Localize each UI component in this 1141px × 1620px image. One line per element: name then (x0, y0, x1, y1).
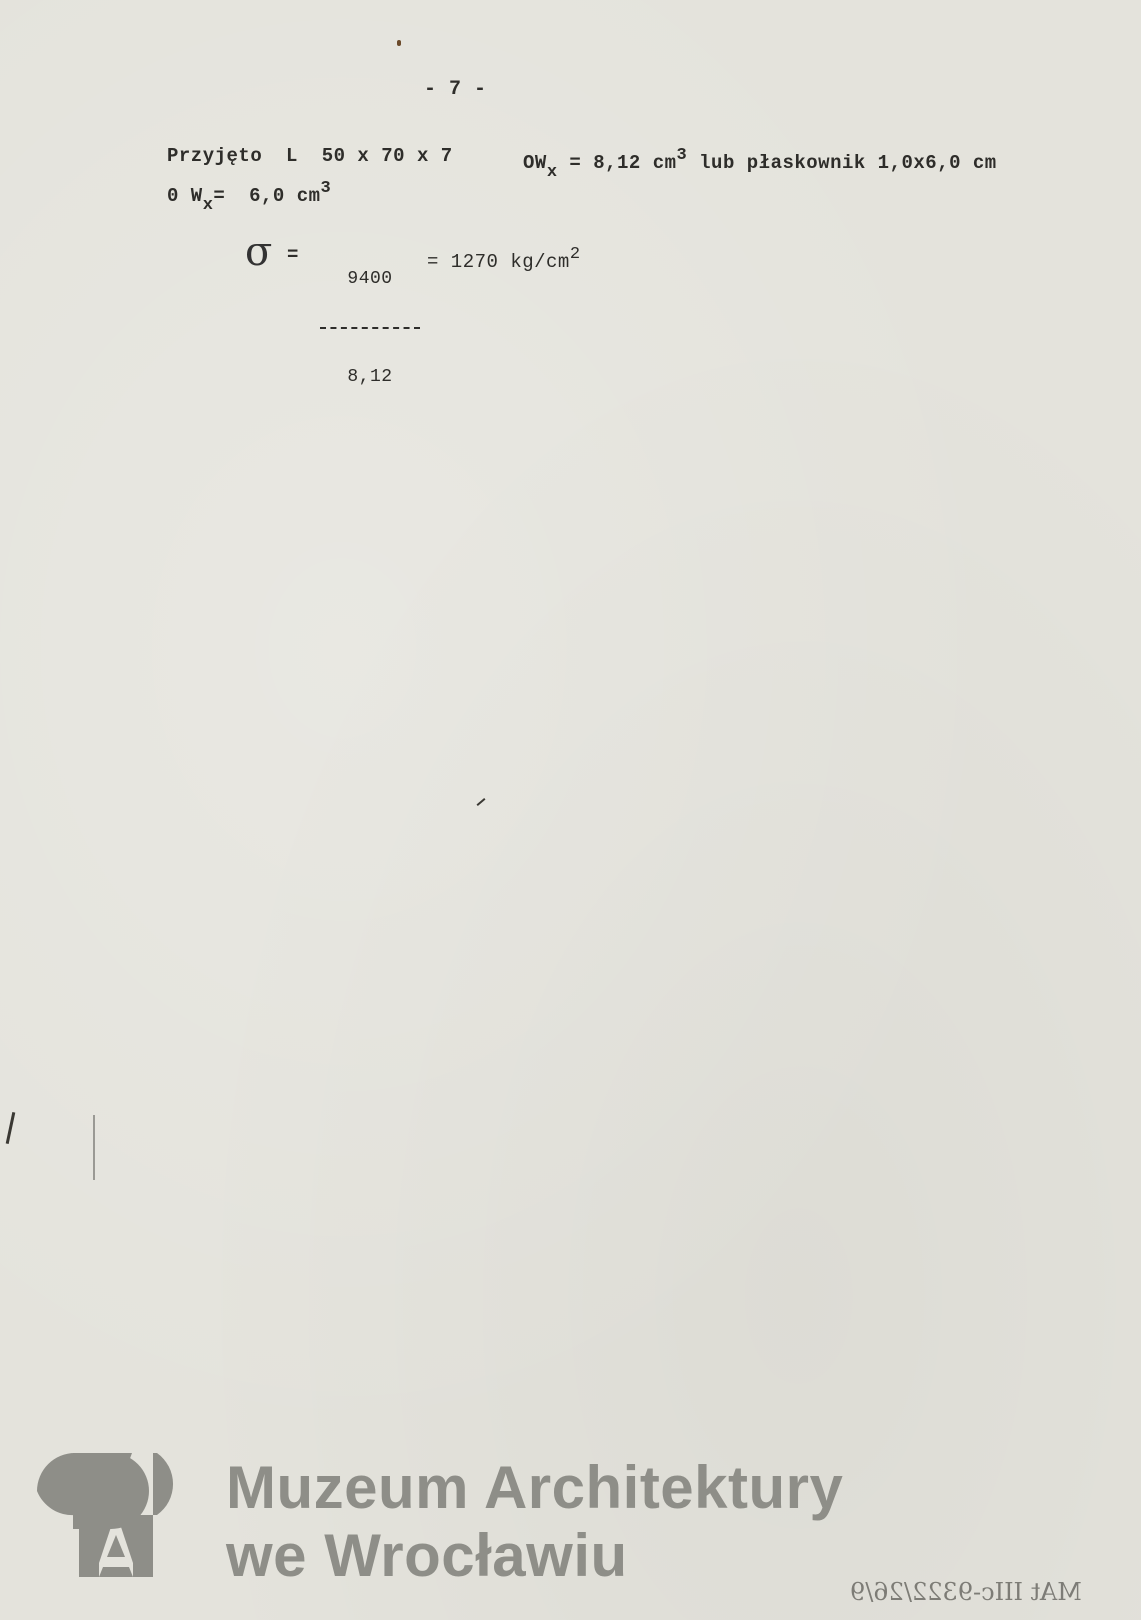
w-value: = 6,0 cm (213, 185, 320, 207)
stress-result-superscript: 2 (570, 245, 581, 264)
w-label: 0 W (167, 185, 203, 207)
sigma-handwritten-symbol: σ (245, 232, 272, 272)
page-number: - 7 - (424, 80, 487, 100)
ow-label: OW (523, 152, 547, 174)
watermark-museum-city: we Wrocławiu (226, 1526, 628, 1586)
ow-subscript: x (547, 163, 558, 182)
flat-bar-alternative: lub płaskownik 1,0x6,0 cm (687, 152, 996, 174)
fraction: 9400 8,12 (320, 232, 420, 424)
equals-sign: = (287, 246, 299, 265)
w-subscript: x (203, 196, 214, 215)
paper-background (0, 0, 1141, 1620)
w-superscript: 3 (321, 179, 332, 198)
museum-logo-icon (37, 1453, 195, 1578)
accepted-profile-text: Przyjęto L 50 x 70 x 7 (167, 147, 453, 166)
ow-value: = 8,12 cm (558, 152, 677, 174)
inventory-number-mirrored: MAt IIIc-9322/26/9 (850, 1578, 1082, 1606)
numerator: 9400 (320, 270, 420, 288)
section-modulus-line: OWx = 8,12 cm3 lub płaskownik 1,0x6,0 cm (523, 147, 997, 181)
stress-result: = 1270 kg/cm2 (427, 246, 581, 272)
denominator: 8,12 (320, 368, 420, 386)
flat-bar-modulus-line: 0 Wx= 6,0 cm3 (167, 180, 331, 214)
ink-speck (397, 40, 401, 46)
ow-superscript: 3 (677, 146, 688, 165)
stress-result-value: = 1270 kg/cm (427, 251, 570, 273)
pencil-mark (93, 1115, 95, 1180)
watermark-museum-name: Muzeum Architektury (226, 1458, 843, 1518)
fraction-bar (320, 327, 420, 329)
